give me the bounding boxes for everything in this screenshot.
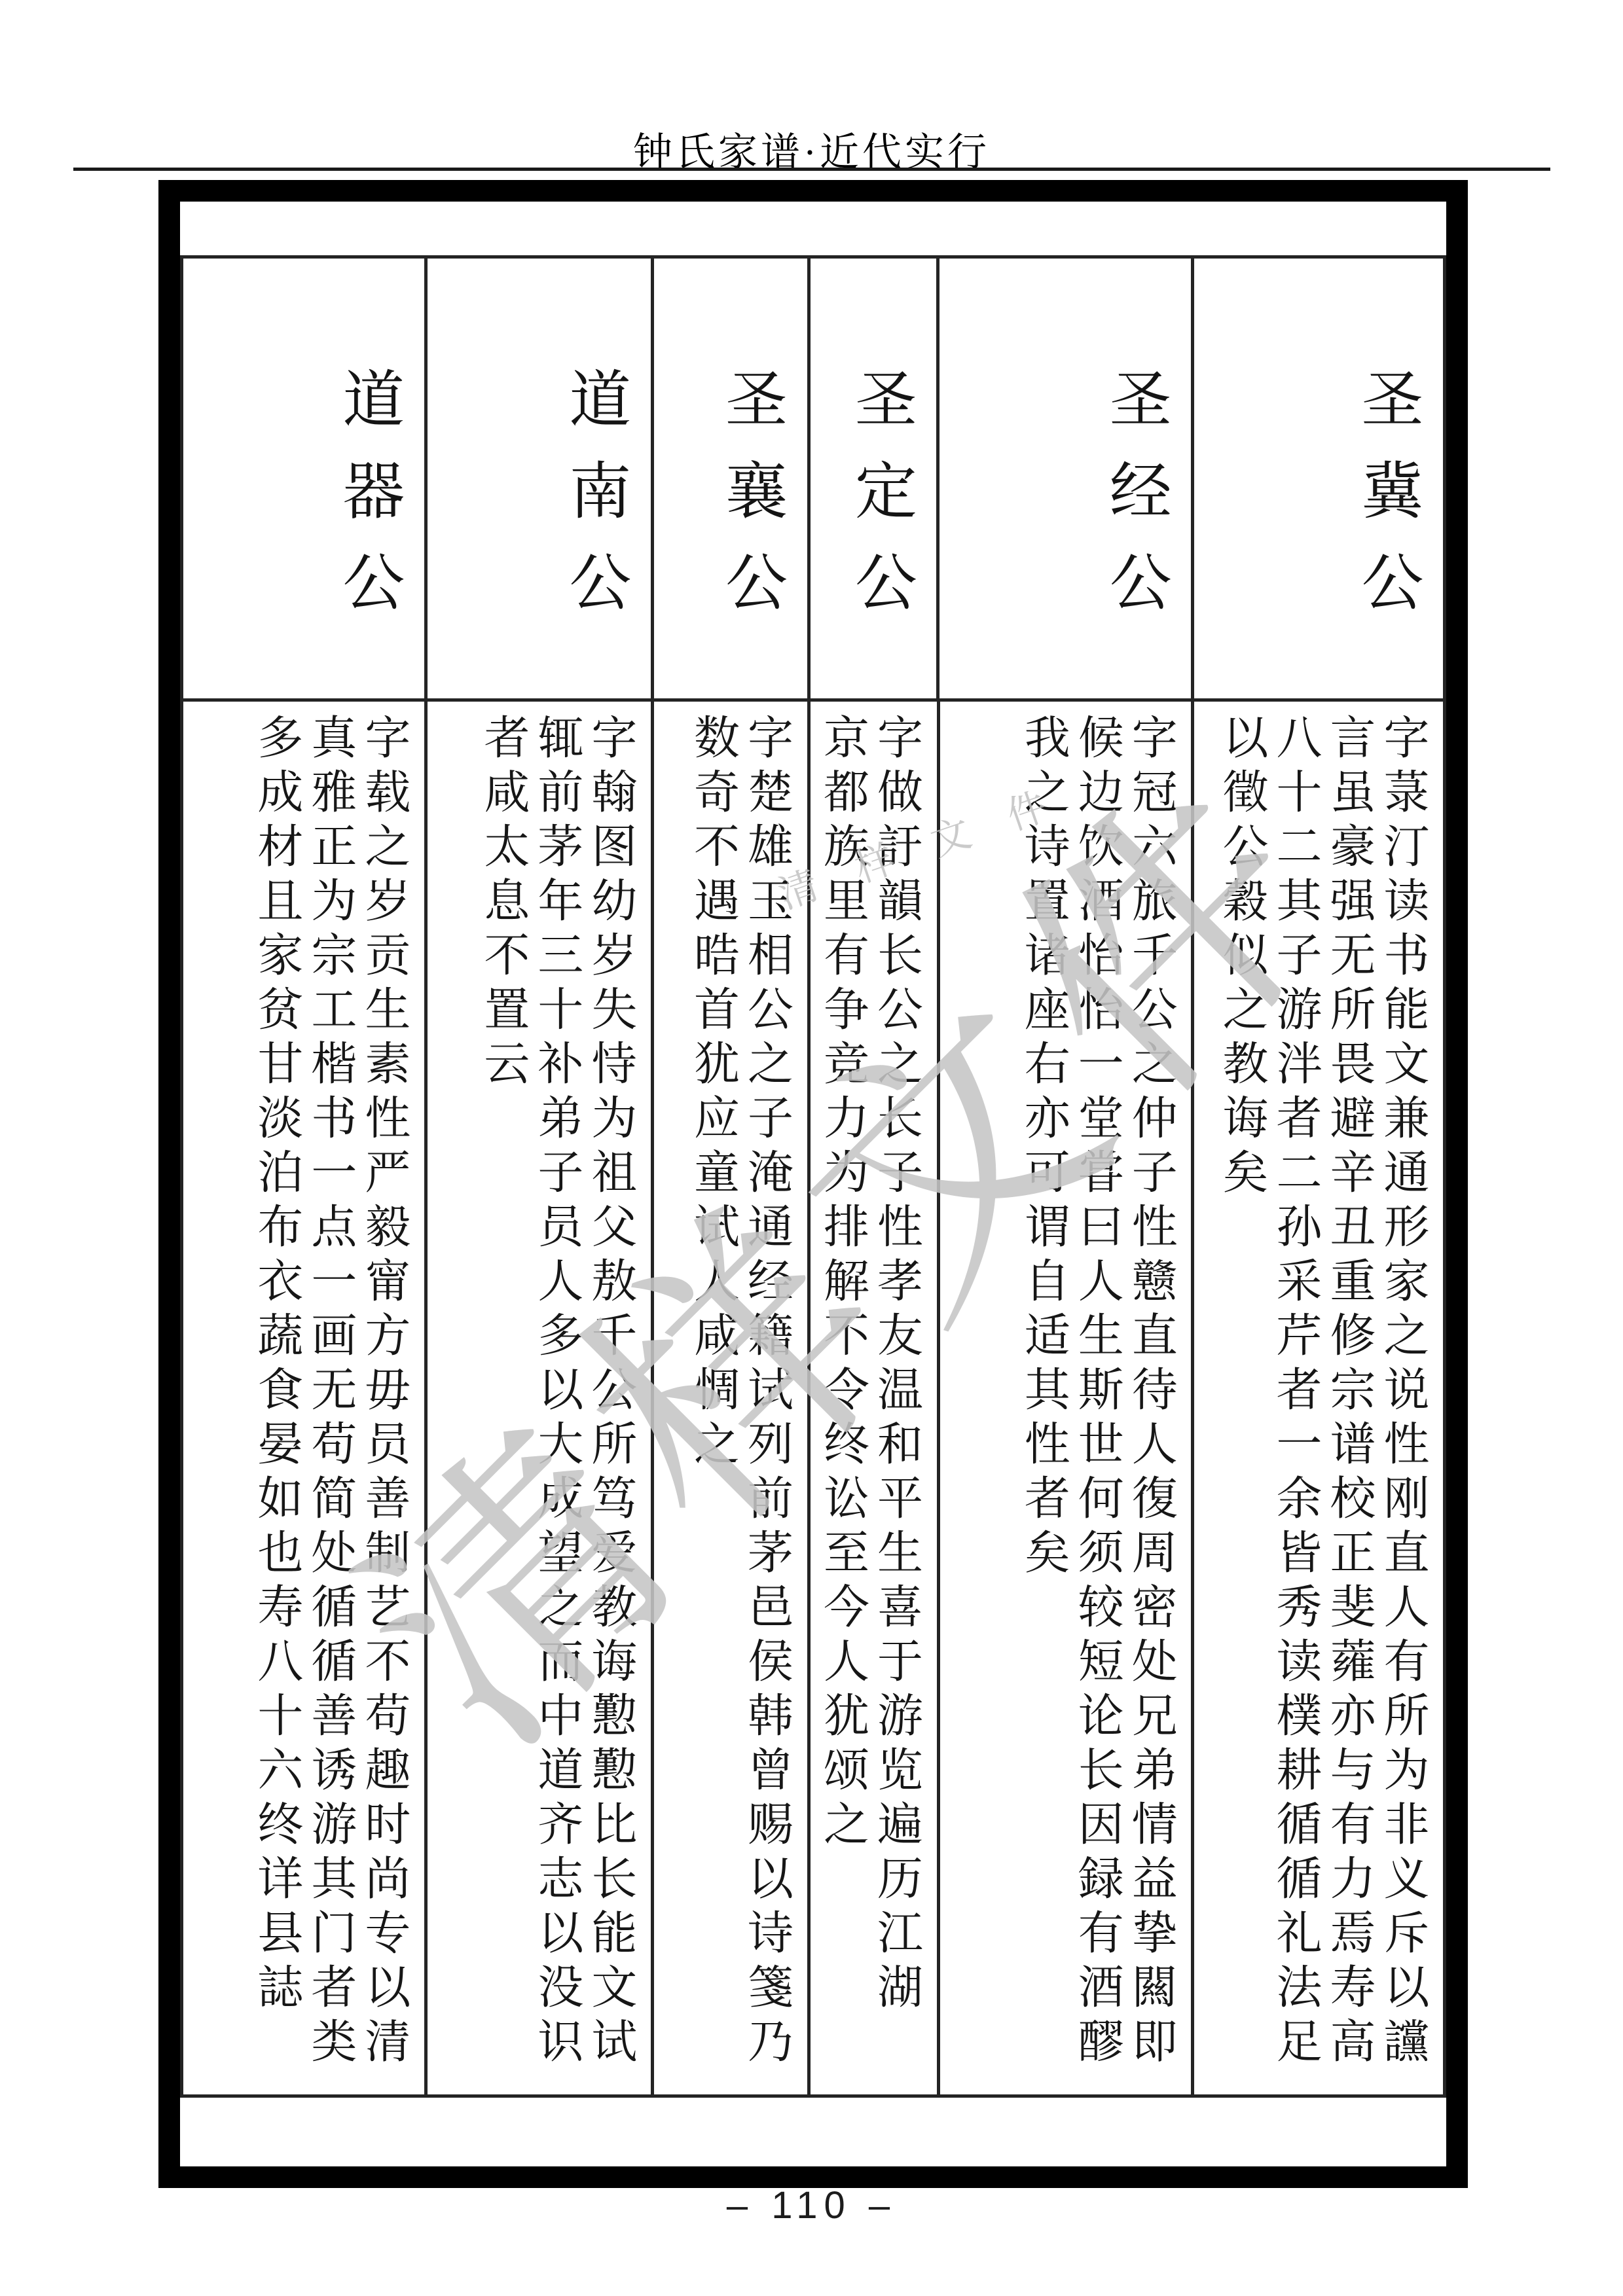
biography-cell-dao-qi: 字载之岁贡生素性严毅甯方毋员善制艺不苟趣时尚专以清 真雅正为宗工楷书一点一画无苟… xyxy=(183,702,428,2094)
biography-line: 字做訏韻长公之长子性孝友温和平生喜于游览遍历江湖 xyxy=(873,713,919,2017)
entry-name: 圣冀公 xyxy=(1356,367,1418,641)
header-cell-sheng-ji: 圣冀公 xyxy=(1194,259,1443,698)
biography-line: 真雅正为宗工楷书一点一画无苟简处循循善诱游其门者类 xyxy=(306,713,352,2072)
entry-name: 圣襄公 xyxy=(720,367,782,641)
biography-cell-sheng-ding: 字做訏韻长公之长子性孝友温和平生喜于游览遍历江湖 京都族里有争竞力为排解不令终讼… xyxy=(811,702,940,2094)
biography-line: 我之诗置诸座右亦可谓自适其性者矣 xyxy=(1019,713,1065,1583)
biography-line: 多成材且家贫甘淡泊布衣蔬食晏如也寿八十六终详县誌 xyxy=(253,713,299,2017)
biography-line: 八十二其子游泮者二孙采芹者一余皆秀读樸耕循循礼法足 xyxy=(1271,713,1317,2072)
biography-line: 辄前茅年三十补弟子员人多以大成望之而中道齐志以没识 xyxy=(533,713,579,2072)
biography-cell-sheng-xiang: 字楚雄玉相公之子淹通经籍试列前茅邑侯韩曾赐以诗箋乃 数奇不遇晧首犹应童试人咸惆之 xyxy=(654,702,811,2094)
header-cell-dao-nan: 道南公 xyxy=(428,259,654,698)
biography-line: 以徵公穀似之教诲矣 xyxy=(1218,713,1264,1202)
entry-name: 圣经公 xyxy=(1104,367,1166,641)
entry-name: 圣定公 xyxy=(849,367,911,641)
biography-line: 字载之岁贡生素性严毅甯方毋员善制艺不苟趣时尚专以清 xyxy=(360,713,406,2072)
biography-line: 京都族里有争竞力为排解不令终讼至今人犹颂之 xyxy=(819,713,865,1854)
biography-line: 候边饮酒怡怡一堂甞曰人生斯世何须较短论长因録有酒醪 xyxy=(1073,713,1119,2072)
biography-line: 者咸太息不置云 xyxy=(479,713,525,1094)
table-header-row: 圣冀公 圣经公 圣定公 圣襄公 道南公 道器公 xyxy=(183,259,1443,702)
page-frame: 圣冀公 圣经公 圣定公 圣襄公 道南公 道器公 xyxy=(158,180,1468,2188)
header-cell-dao-qi: 道器公 xyxy=(183,259,428,698)
biography-cell-sheng-ji: 字菉汀读书能文兼通形家之说性刚直人有所为非义斥以讜 言虽豪强无所畏避辛丑重修宗谱… xyxy=(1194,702,1443,2094)
entry-name: 道南公 xyxy=(564,367,626,641)
header-divider-rule xyxy=(73,168,1550,171)
biography-line: 字冠六旅千公之仲子性戆直待人復周密处兄弟情益挚闗即 xyxy=(1127,713,1173,2072)
biography-line: 言虽豪强无所畏避辛丑重修宗谱校正斐蕹亦与有力焉寿高 xyxy=(1325,713,1371,2072)
genealogy-page: 钟氏家谱·近代实行 圣冀公 圣经公 圣定公 圣襄公 道南公 xyxy=(0,0,1623,2296)
page-number: – 110 – xyxy=(0,2183,1623,2227)
biography-cell-dao-nan: 字翰图幼岁失恃为祖父敖千公所笃爱教诲懃懃比长能文试 辄前茅年三十补弟子员人多以大… xyxy=(428,702,654,2094)
biography-cell-sheng-jing: 字冠六旅千公之仲子性戆直待人復周密处兄弟情益挚闗即 候边饮酒怡怡一堂甞曰人生斯世… xyxy=(940,702,1195,2094)
genealogy-table: 圣冀公 圣经公 圣定公 圣襄公 道南公 道器公 xyxy=(180,255,1446,2098)
biography-line: 字翰图幼岁失恃为祖父敖千公所笃爱教诲懃懃比长能文试 xyxy=(587,713,632,2072)
entry-name: 道器公 xyxy=(337,367,399,641)
header-cell-sheng-jing: 圣经公 xyxy=(939,259,1194,698)
header-cell-sheng-ding: 圣定公 xyxy=(811,259,940,698)
table-body-row: 字菉汀读书能文兼通形家之说性刚直人有所为非义斥以讜 言虽豪强无所畏避辛丑重修宗谱… xyxy=(183,702,1443,2094)
header-cell-sheng-xiang: 圣襄公 xyxy=(654,259,811,698)
biography-line: 字楚雄玉相公之子淹通经籍试列前茅邑侯韩曾赐以诗箋乃 xyxy=(743,713,789,2072)
biography-line: 数奇不遇晧首犹应童试人咸惆之 xyxy=(689,713,735,1474)
biography-line: 字菉汀读书能文兼通形家之说性刚直人有所为非义斥以讜 xyxy=(1379,713,1425,2072)
